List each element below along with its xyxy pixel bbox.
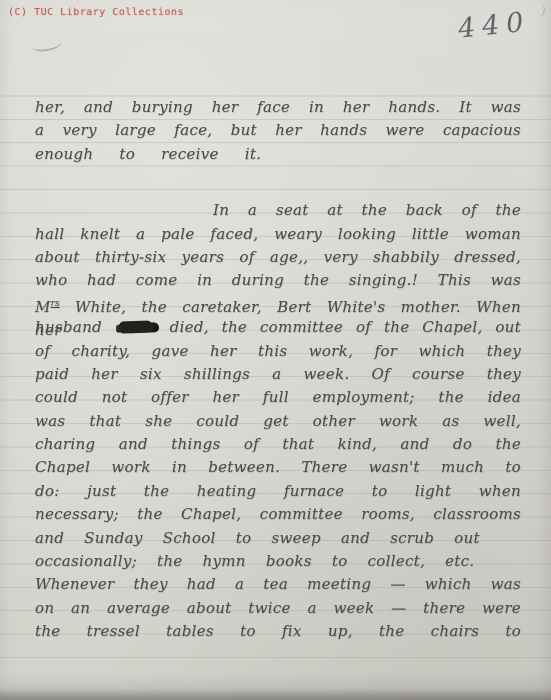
manuscript-line: of charity, gave her this work, for whic… <box>35 340 521 363</box>
scribbled-out-word <box>119 321 153 334</box>
manuscript-line: her, and burying her face in her hands. … <box>35 96 521 119</box>
pencil-mark <box>31 37 62 53</box>
manuscript-line: and Sunday School to sweep and scrub out <box>35 527 521 550</box>
manuscript-line-text: husband <box>35 318 102 336</box>
manuscript-line: on an average about twice a week — there… <box>35 597 521 620</box>
pencil-mark-corner <box>532 2 546 18</box>
manuscript-line: occasionally; the hymn books to collect,… <box>35 550 521 573</box>
manuscript-line: enough to receive it. <box>35 143 521 166</box>
copyright-watermark: (C) TUC Library Collections <box>8 7 184 18</box>
manuscript-line: charing and things of that kind, and do … <box>35 433 521 456</box>
manuscript-line: paid her six shillings a week. Of course… <box>35 363 521 386</box>
manuscript-line: was that she could get other work as wel… <box>35 410 521 433</box>
page-bottom-edge <box>0 689 551 700</box>
manuscript-line: could not offer her full employment; the… <box>35 386 521 409</box>
manuscript-line: about thirty-six years of age,, very sha… <box>35 246 521 269</box>
handwritten-text: her, and burying her face in her hands. … <box>35 96 521 644</box>
paragraph-2: In a seat at the back of the hall knelt … <box>35 199 521 643</box>
page-number: 440 <box>457 6 532 44</box>
manuscript-line: who had come in during the singing.! Thi… <box>35 269 521 292</box>
manuscript-line: necessary; the Chapel, committee rooms, … <box>35 503 521 526</box>
mrs-abbreviation: M <box>35 298 51 316</box>
paragraph-1: her, and burying her face in her hands. … <box>35 96 521 166</box>
manuscript-line-mrs: Mrs White, the caretaker, Bert White's m… <box>35 293 521 316</box>
mrs-superscript: rs <box>51 299 60 309</box>
manuscript-line: Whenever they had a tea meeting — which … <box>35 573 521 596</box>
manuscript-line: Chapel work in between. There wasn't muc… <box>35 456 521 479</box>
manuscript-page: (C) TUC Library Collections 440 her, and… <box>0 0 551 700</box>
manuscript-line-text: died, the committee of the Chapel, out <box>170 318 521 336</box>
manuscript-line: the tressel tables to fix up, the chairs… <box>35 620 521 643</box>
manuscript-line: do: just the heating furnace to light wh… <box>35 480 521 503</box>
manuscript-line: hall knelt a pale faced, weary looking l… <box>35 223 521 246</box>
manuscript-line-husband: husband died, the committee of the Chape… <box>35 316 521 339</box>
manuscript-line: a very large face, but her hands were ca… <box>35 119 521 142</box>
manuscript-line: In a seat at the back of the <box>35 199 521 222</box>
